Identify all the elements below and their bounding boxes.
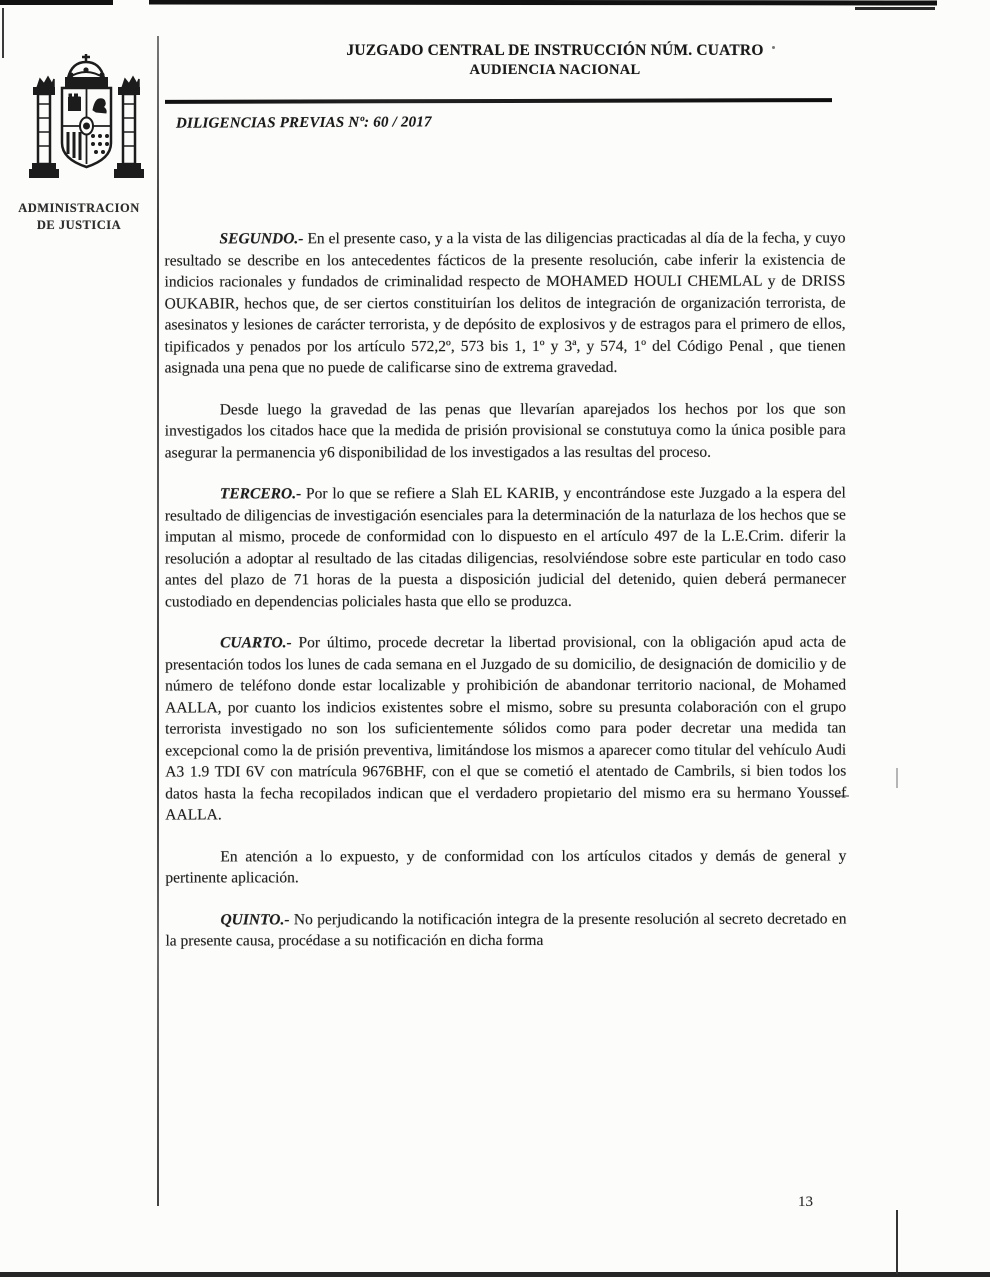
court-name: JUZGADO CENTRAL DE INSTRUCCIÓN NÚM. CUAT… — [165, 42, 945, 60]
paragraph-atencion: En atención a lo expuesto, y de conformi… — [165, 845, 846, 889]
paragraph-text: Por último, procede decretar la libertad… — [165, 634, 846, 824]
emblem-caption: ADMINISTRACION DE JUSTICIA — [0, 200, 158, 234]
case-reference: DILIGENCIAS PREVIAS Nº: 60 / 2017 — [176, 114, 432, 132]
spain-coat-of-arms-icon — [24, 48, 149, 198]
paragraph-text: En atención a lo expuesto, y de conformi… — [165, 847, 846, 886]
left-edge-artifact — [2, 8, 4, 58]
top-border-segment — [0, 0, 113, 5]
court-division: AUDIENCIA NACIONAL — [165, 62, 945, 79]
header-rule — [165, 98, 832, 104]
paragraph-lead: CUARTO.- — [220, 634, 298, 651]
paragraph-lead: SEGUNDO.- — [219, 230, 307, 247]
paragraph-lead: TERCERO.- — [220, 485, 306, 502]
paragraph-text: En el presente caso, y a la vista de las… — [165, 230, 846, 377]
top-border-artifact — [855, 7, 935, 10]
paragraph-cuarto: CUARTO.-Por último, procede decretar la … — [165, 632, 846, 826]
scan-artifact-tick — [896, 768, 898, 788]
paragraph-tercero: TERCERO.-Por lo que se refiere a Slah EL… — [165, 483, 846, 613]
paragraph-text: Desde luego la gravedad de las penas que… — [165, 400, 846, 461]
bottom-border-line — [0, 1272, 990, 1277]
emblem-caption-line2: DE JUSTICIA — [0, 217, 158, 234]
resolution-body: SEGUNDO.-En el presente caso, y a la vis… — [164, 228, 846, 972]
paragraph-text: Por lo que se refiere a Slah EL KARIB, y… — [165, 485, 846, 610]
scanned-court-document-page: ADMINISTRACION DE JUSTICIA JUZGADO CENTR… — [0, 0, 990, 1280]
court-header: JUZGADO CENTRAL DE INSTRUCCIÓN NÚM. CUAT… — [165, 42, 945, 79]
paragraph-quinto: QUINTO.-No perjudicando la notificación … — [165, 908, 846, 952]
paragraph-penas: Desde luego la gravedad de las penas que… — [165, 398, 846, 463]
page-number: 13 — [798, 1194, 813, 1211]
top-border-segment — [149, 0, 937, 6]
right-border-line — [896, 1210, 898, 1274]
paragraph-segundo: SEGUNDO.-En el presente caso, y a la vis… — [164, 228, 845, 379]
paragraph-lead: QUINTO.- — [220, 911, 293, 928]
emblem-caption-line1: ADMINISTRACION — [0, 200, 158, 217]
